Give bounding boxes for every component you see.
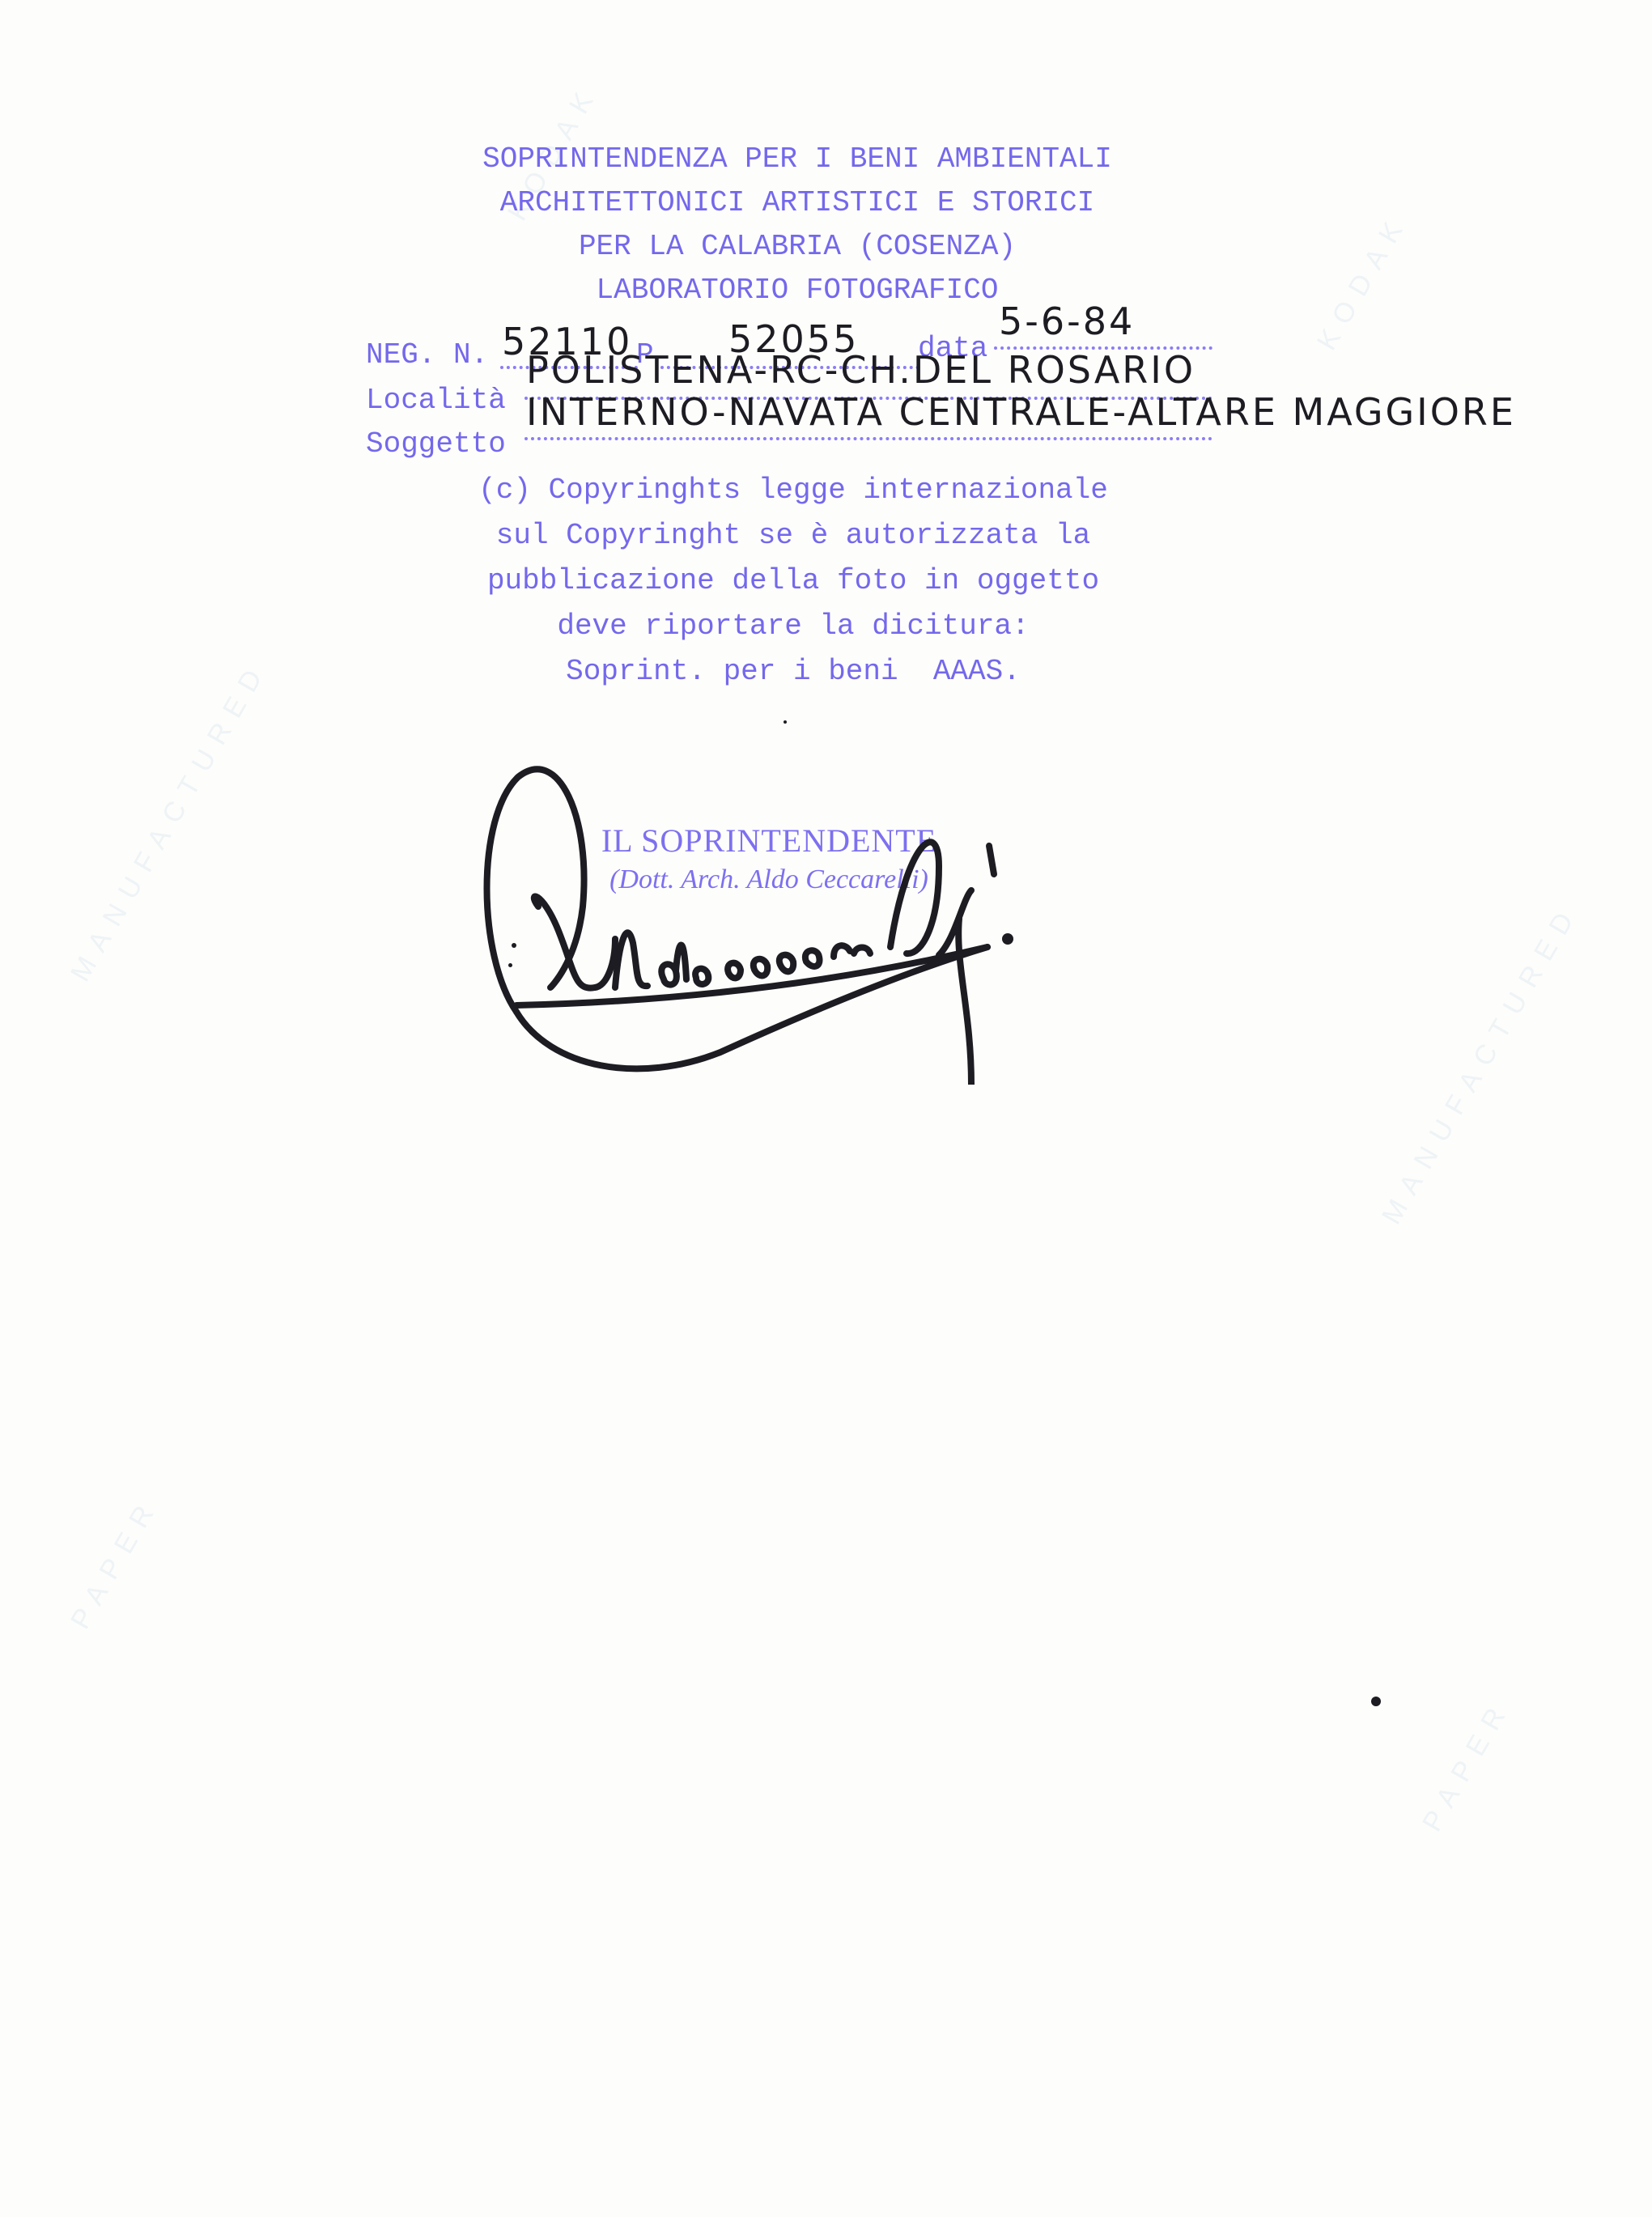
neg-label: NEG. N. <box>366 338 488 372</box>
localita-label: Località <box>366 384 506 417</box>
institution-stamp: SOPRINTENDENZA PER I BENI AMBIENTALI ARC… <box>421 138 1174 312</box>
paper-watermark: MANUFACTURED <box>1376 898 1586 1230</box>
data-value: 5-6-84 <box>999 299 1135 343</box>
ink-speck <box>512 943 516 948</box>
notice-line: Soprint. per i beni AAAS. <box>421 649 1166 694</box>
stamp-line: SOPRINTENDENZA PER I BENI AMBIENTALI <box>421 138 1174 181</box>
notice-line: (c) Copyringhts legge internazionale <box>421 468 1166 513</box>
soggetto-value: INTERNO-NAVATA CENTRALE-ALTARE MAGGIORE <box>526 390 1516 434</box>
ink-speck <box>1371 1697 1381 1706</box>
localita-value: POLISTENA-RC-CH.DEL ROSARIO <box>526 348 1195 392</box>
soggetto-dotted-line <box>524 437 1212 440</box>
notice-line: pubblicazione della foto in oggetto <box>421 558 1166 604</box>
stamp-line: ARCHITETTONICI ARTISTICI E STORICI <box>421 181 1174 225</box>
paper-watermark: PAPER <box>1416 1693 1518 1837</box>
paper-watermark: PAPER <box>65 1491 166 1635</box>
ink-speck <box>508 963 512 967</box>
notice-line: sul Copyringht se è autorizzata la <box>421 513 1166 558</box>
paper-watermark: KODAK <box>1311 207 1415 355</box>
copyright-notice: (c) Copyringhts legge internazionale sul… <box>421 468 1166 694</box>
ink-speck <box>784 720 787 724</box>
soggetto-label: Soggetto <box>366 427 506 461</box>
stamp-line: PER LA CALABRIA (COSENZA) <box>421 225 1174 269</box>
handwritten-signature-icon <box>453 745 1117 1085</box>
paper-watermark: MANUFACTURED <box>65 655 274 987</box>
notice-line: deve riportare la dicitura: <box>421 604 1166 649</box>
